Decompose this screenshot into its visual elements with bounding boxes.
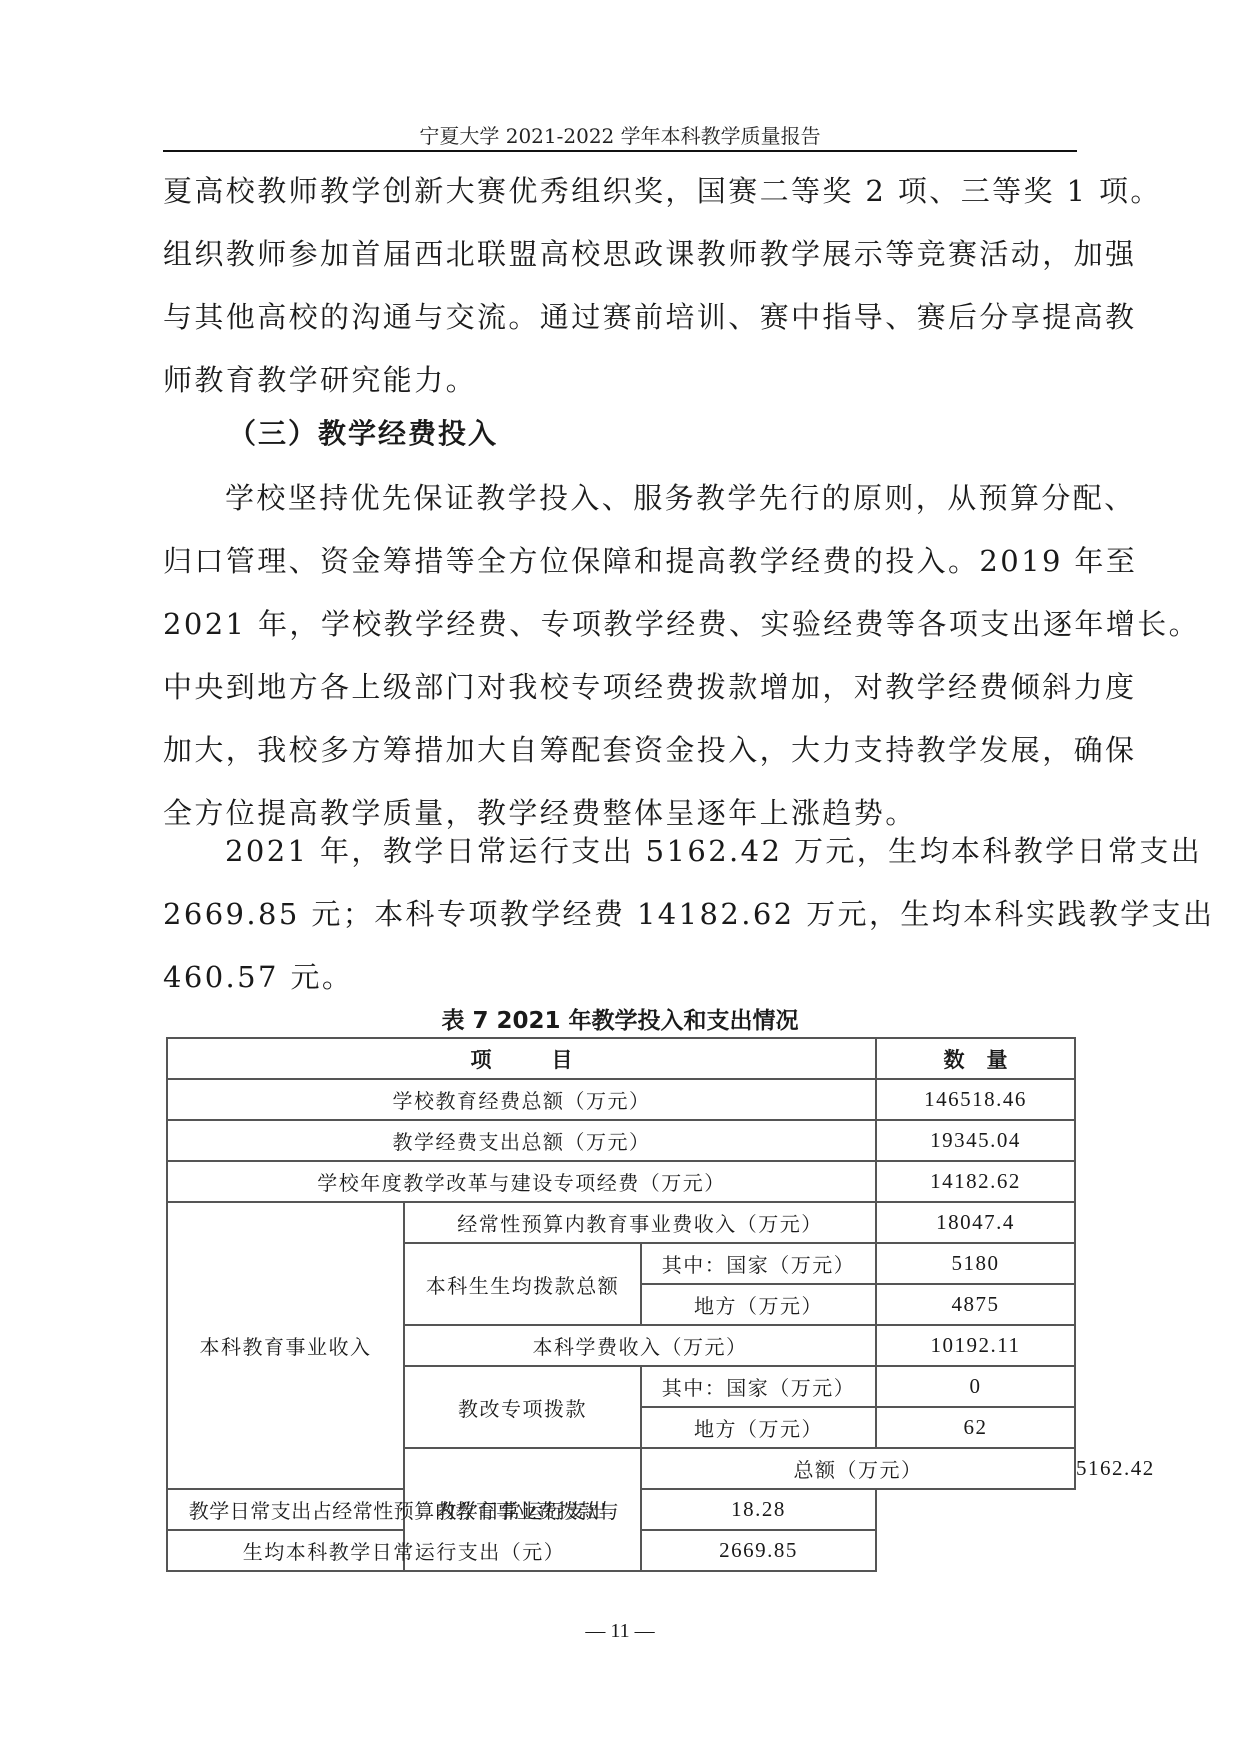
funding-table: 项目 数量 学校教育经费总额（万元） 146518.46 教学经费支出总额（万元… [166, 1037, 1076, 1572]
text-line: 与其他高校的沟通与交流。通过赛前培训、赛中指导、赛后分享提高教 [163, 286, 1077, 349]
text-line: 2669.85 元；本科专项教学经费 14182.62 万元，生均本科实践教学支… [163, 883, 1077, 946]
header-item: 项目 [167, 1038, 876, 1079]
row-label: 生均本科教学日常运行支出（元） [167, 1530, 641, 1571]
row-value: 4875 [876, 1284, 1075, 1325]
header-quantity: 数量 [876, 1038, 1075, 1079]
group-income: 本科教育事业收入 [167, 1202, 404, 1489]
row-value: 14182.62 [876, 1161, 1075, 1202]
row-value: 2669.85 [641, 1530, 876, 1571]
row-label: 地方（万元） [641, 1284, 876, 1325]
row-value: 0 [876, 1366, 1075, 1407]
subgroup-per-student: 本科生生均拨款总额 [404, 1243, 641, 1325]
row-value: 18.28 [641, 1489, 876, 1530]
paragraph-2021-figures: 2021 年，教学日常运行支出 5162.42 万元，生均本科教学日常支出 26… [163, 820, 1077, 1009]
page-number: — 11 — [520, 1620, 720, 1643]
text-line: 夏高校教师教学创新大赛优秀组织奖，国赛二等奖 2 项、三等奖 1 项。 [163, 160, 1077, 223]
row-value: 5180 [876, 1243, 1075, 1284]
paragraph-competition: 夏高校教师教学创新大赛优秀组织奖，国赛二等奖 2 项、三等奖 1 项。 组织教师… [163, 160, 1077, 412]
text-line: 加大，我校多方筹措加大自筹配套资金投入，大力支持教学发展，确保 [163, 719, 1077, 782]
row-label: 教学经费支出总额（万元） [167, 1120, 876, 1161]
table-row: 教学经费支出总额（万元） 19345.04 [167, 1120, 1075, 1161]
table-row: 本科教育事业收入 经常性预算内教育事业费收入（万元） 18047.4 [167, 1202, 1075, 1243]
text-line: 460.57 元。 [163, 946, 1077, 1009]
row-label: 其中：国家（万元） [641, 1243, 876, 1284]
row-value: 18047.4 [876, 1202, 1075, 1243]
table-header-row: 项目 数量 [167, 1038, 1075, 1079]
running-header: 宁夏大学 2021-2022 学年本科教学质量报告 [163, 120, 1077, 149]
row-label: 学校教育经费总额（万元） [167, 1079, 876, 1120]
row-label: 学校年度教学改革与建设专项经费（万元） [167, 1161, 876, 1202]
table-row: 生均本科教学日常运行支出（元） 2669.85 [167, 1530, 1075, 1571]
subgroup-reform: 教改专项拨款 [404, 1366, 641, 1448]
text-line: 中央到地方各上级部门对我校专项经费拨款增加，对教学经费倾斜力度 [163, 656, 1077, 719]
section-heading: （三）教学经费投入 [228, 414, 498, 454]
table-caption: 表 7 2021 年教学投入和支出情况 [163, 1002, 1077, 1035]
row-value: 146518.46 [876, 1079, 1075, 1120]
row-value: 19345.04 [876, 1120, 1075, 1161]
text-line: 学校坚持优先保证教学投入、服务教学先行的原则，从预算分配、 [163, 467, 1077, 530]
text-line: 2021 年，教学日常运行支出 5162.42 万元，生均本科教学日常支出 [163, 820, 1077, 883]
row-label: 其中：国家（万元） [641, 1366, 876, 1407]
paragraph-funding-policy: 学校坚持优先保证教学投入、服务教学先行的原则，从预算分配、 归口管理、资金筹措等… [163, 467, 1077, 845]
row-value: 10192.11 [876, 1325, 1075, 1366]
table-row: 教学日常支出占经常性预算内教育事业费拨款与 18.28 [167, 1489, 1075, 1530]
row-label: 本科学费收入（万元） [404, 1325, 876, 1366]
document-page: 宁夏大学 2021-2022 学年本科教学质量报告 夏高校教师教学创新大赛优秀组… [0, 0, 1240, 1753]
text-line: 2021 年，学校教学经费、专项教学经费、实验经费等各项支出逐年增长。 [163, 593, 1077, 656]
table-row: 学校教育经费总额（万元） 146518.46 [167, 1079, 1075, 1120]
header-rule [163, 150, 1077, 152]
text-line: 归口管理、资金筹措等全方位保障和提高教学经费的投入。2019 年至 [163, 530, 1077, 593]
row-label: 教学日常支出占经常性预算内教育事业费拨款与 [167, 1489, 641, 1530]
row-value: 62 [876, 1407, 1075, 1448]
row-label: 经常性预算内教育事业费收入（万元） [404, 1202, 876, 1243]
row-label: 地方（万元） [641, 1407, 876, 1448]
text-line: 师教育教学研究能力。 [163, 349, 1077, 412]
row-label: 总额（万元） [641, 1448, 1075, 1489]
table-row: 学校年度教学改革与建设专项经费（万元） 14182.62 [167, 1161, 1075, 1202]
text-line: 组织教师参加首届西北联盟高校思政课教师教学展示等竞赛活动，加强 [163, 223, 1077, 286]
